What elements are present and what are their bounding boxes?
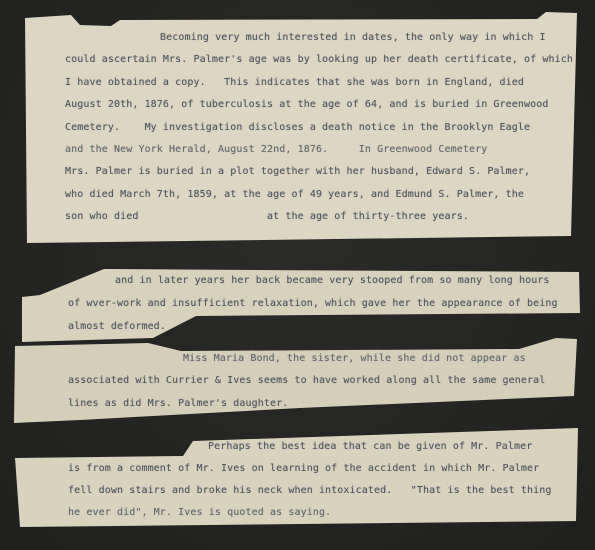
- typed-line-f1-3: I have obtained a copy. This indicates t…: [65, 77, 524, 88]
- typed-line-f3-1: Miss Maria Bond, the sister, while she d…: [183, 353, 526, 364]
- typed-line-f4-3: fell down stairs and broke his neck when…: [68, 485, 552, 496]
- typed-line-f2-1: and in later years her back became very …: [115, 275, 550, 286]
- typed-line-f1-8: who died March 7th, 1859, at the age of …: [65, 189, 524, 200]
- typed-line-f3-3: lines as did Mrs. Palmer's daughter.: [68, 398, 288, 409]
- typed-line-f2-3: almost deformed.: [68, 321, 166, 332]
- typed-line-f1-1: Becoming very much interested in dates, …: [160, 32, 546, 43]
- typed-line-f4-4: he ever did", Mr. Ives is quoted as sayi…: [68, 507, 331, 518]
- scrapbook-page: Becoming very much interested in dates, …: [0, 0, 595, 550]
- typed-line-f4-2: is from a comment of Mr. Ives on learnin…: [68, 463, 539, 474]
- typed-line-f3-2: associated with Currier & Ives seems to …: [68, 375, 545, 386]
- typed-line-f1-9: son who died at the age of thirty-three …: [65, 211, 469, 222]
- typed-line-f4-1: Perhaps the best idea that can be given …: [208, 441, 532, 452]
- typed-line-f1-6: and the New York Herald, August 22nd, 18…: [65, 144, 487, 155]
- typed-line-f2-2: of wver-work and insufficient relaxation…: [68, 298, 558, 309]
- typed-line-f1-2: could ascertain Mrs. Palmer's age was by…: [65, 54, 573, 65]
- typed-line-f1-5: Cemetery. My investigation discloses a d…: [65, 122, 530, 133]
- typed-line-f1-7: Mrs. Palmer is buried in a plot together…: [65, 166, 530, 177]
- typed-line-f1-4: August 20th, 1876, of tuberculosis at th…: [65, 99, 549, 110]
